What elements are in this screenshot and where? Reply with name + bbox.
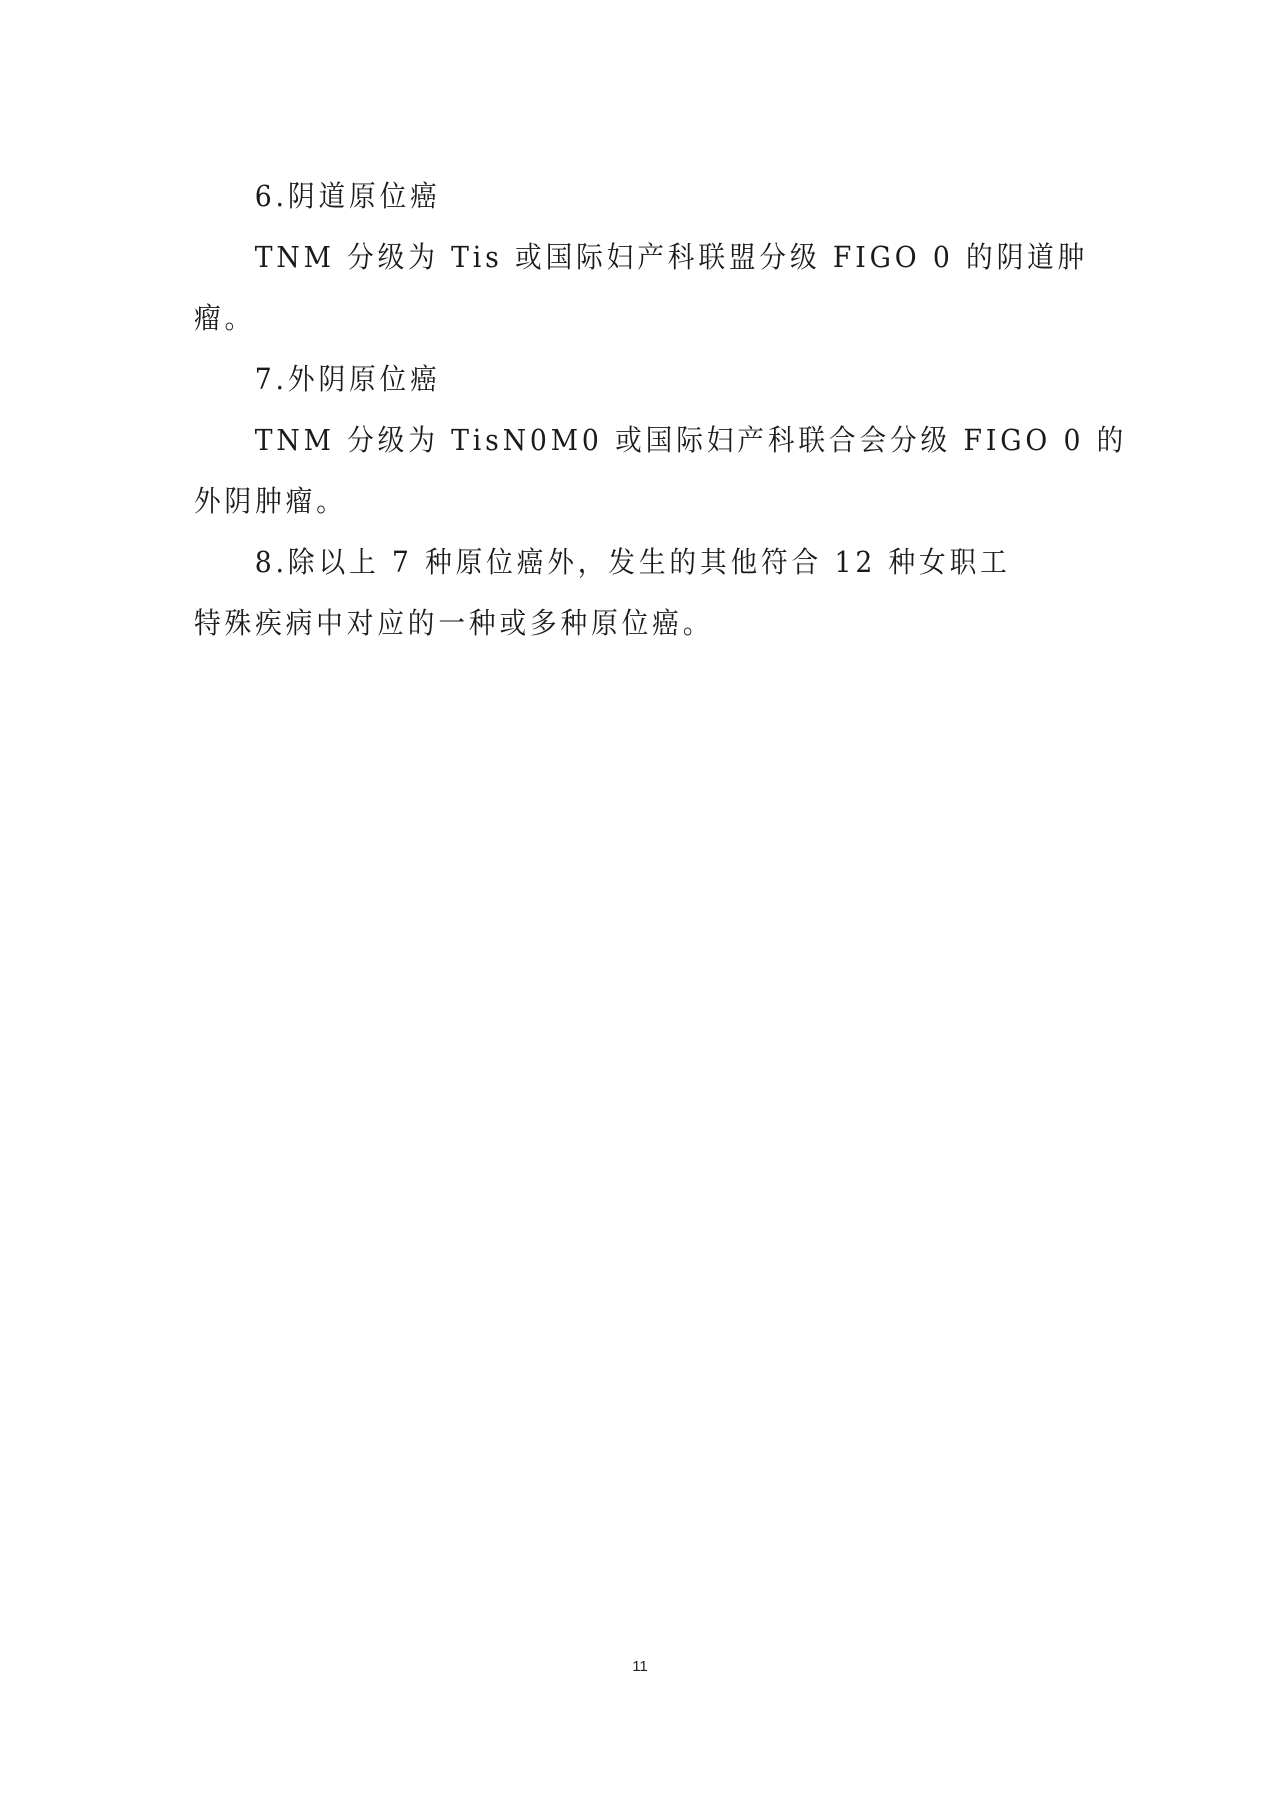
document-page: 6.阴道原位癌 TNM 分级为 Tis 或国际妇产科联盟分级 FIGO 0 的阴… [0,0,1280,1810]
text-line: TNM 分级为 Tis 或国际妇产科联盟分级 FIGO 0 的阴道肿 [194,227,1022,288]
text-line: 6.阴道原位癌 [194,166,1022,227]
text-line: TNM 分级为 TisN0M0 或国际妇产科联合会分级 FIGO 0 的 [194,410,1022,471]
paragraph-6-body: TNM 分级为 Tis 或国际妇产科联盟分级 FIGO 0 的阴道肿 瘤。 [194,227,1094,349]
section-heading-6: 6.阴道原位癌 [194,166,1094,227]
paragraph-7-body: TNM 分级为 TisN0M0 或国际妇产科联合会分级 FIGO 0 的 外阴肿… [194,410,1094,532]
text-line: 8.除以上 7 种原位癌外，发生的其他符合 12 种女职工 [194,532,1022,593]
document-body: 6.阴道原位癌 TNM 分级为 Tis 或国际妇产科联盟分级 FIGO 0 的阴… [194,166,1094,654]
section-heading-7: 7.外阴原位癌 [194,349,1094,410]
text-line: 瘤。 [194,288,1022,349]
text-line: 特殊疾病中对应的一种或多种原位癌。 [194,593,1022,654]
text-line: 外阴肿瘤。 [194,471,1022,532]
page-number: 11 [0,1658,1280,1675]
text-line: 7.外阴原位癌 [194,349,1022,410]
paragraph-8: 8.除以上 7 种原位癌外，发生的其他符合 12 种女职工 特殊疾病中对应的一种… [194,532,1094,654]
